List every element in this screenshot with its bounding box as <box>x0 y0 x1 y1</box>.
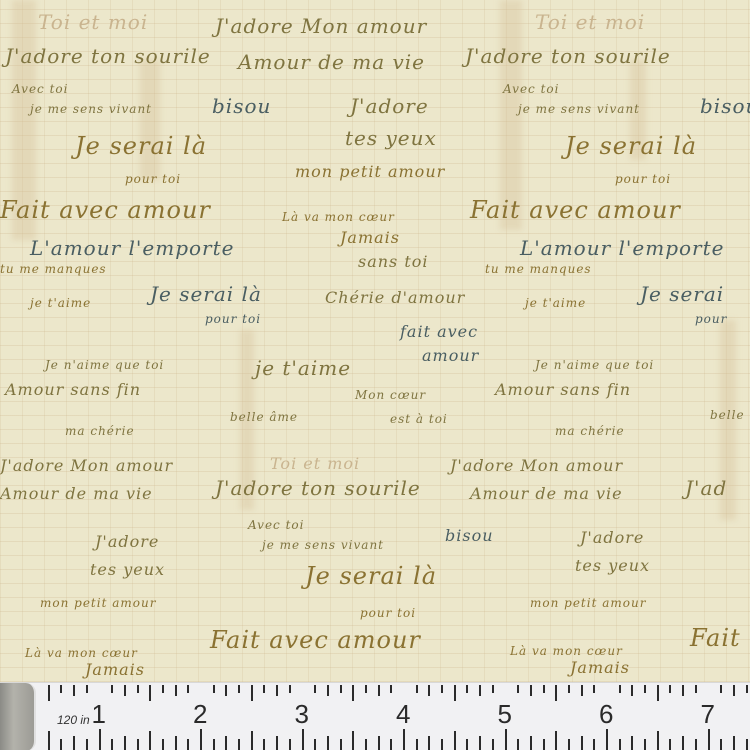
script-phrase: J'adore <box>350 94 429 118</box>
script-phrase: tu me manques <box>485 262 592 276</box>
ruler-tick <box>289 685 291 693</box>
tape-end-clip <box>0 683 36 750</box>
script-phrase: fait avec <box>400 322 478 341</box>
ruler-tick <box>479 736 481 750</box>
ruler-tick <box>175 736 177 750</box>
ruler-tick <box>238 739 240 750</box>
ruler-tick <box>492 739 494 750</box>
ruler-tick <box>631 736 633 750</box>
ruler-tick <box>263 685 265 693</box>
ruler-tick <box>644 739 646 750</box>
ruler-tick <box>492 685 494 693</box>
ruler-tick <box>60 739 62 750</box>
script-phrase: Fait avec amour <box>0 196 211 224</box>
script-phrase: amour <box>422 346 479 365</box>
ruler-tick <box>137 739 139 750</box>
ruler-tick <box>276 736 278 750</box>
ruler-tick <box>175 685 177 696</box>
script-phrase: Toi et moi <box>535 10 645 34</box>
ruler-tick <box>390 685 392 693</box>
script-phrase: mon petit amour <box>40 596 156 610</box>
ruler-tick <box>454 731 456 750</box>
ruler-tick <box>314 685 316 693</box>
script-phrase: Amour de ma vie <box>238 50 425 74</box>
ruler-tick <box>48 685 50 701</box>
ruler-tick <box>352 731 354 750</box>
ruler-tick <box>631 685 633 696</box>
ruler-tick <box>162 739 164 750</box>
ruler-tick <box>619 739 621 750</box>
script-phrase: Là va mon cœur <box>25 646 138 660</box>
ruler-inch-tick <box>708 729 710 750</box>
ruler-tick <box>416 685 418 693</box>
measuring-tape: 1234567 120 in <box>0 682 750 750</box>
script-phrase: J'ad <box>685 476 727 500</box>
ruler-tick <box>225 736 227 750</box>
print-blotch <box>140 60 160 180</box>
script-phrase: belle âme <box>230 410 298 424</box>
script-phrase: tu me manques <box>0 262 107 276</box>
fabric-swatch: Toi et moiJ'adore Mon amourJ'adore ton s… <box>0 0 750 682</box>
script-phrase: Toi et moi <box>270 454 360 473</box>
ruler-tick <box>568 739 570 750</box>
script-phrase: Avec toi <box>248 518 304 532</box>
script-phrase: mon petit amour <box>530 596 646 610</box>
ruler-tick <box>517 685 519 693</box>
script-phrase: Là va mon cœur <box>282 210 395 224</box>
script-phrase: bisou <box>700 94 750 118</box>
ruler-inch-tick <box>403 729 405 750</box>
script-phrase: J'adore Mon amour <box>0 456 173 475</box>
ruler-inch-tick <box>99 729 101 750</box>
script-phrase: pour <box>695 312 727 326</box>
script-phrase: je me sens vivant <box>262 538 384 552</box>
ruler-tick <box>86 739 88 750</box>
script-phrase: pour toi <box>205 312 261 326</box>
ruler-tick <box>555 731 557 750</box>
ruler-number: 1 <box>92 699 106 730</box>
ruler-tick <box>365 685 367 693</box>
ruler-tick <box>60 685 62 693</box>
ruler-tick <box>669 685 671 693</box>
script-phrase: je t'aime <box>255 356 351 380</box>
ruler-tick <box>720 685 722 693</box>
ruler-tick <box>149 685 151 701</box>
ruler-tick <box>213 739 215 750</box>
ruler-tick <box>466 685 468 693</box>
ruler-tick <box>225 685 227 696</box>
ruler-tick <box>213 685 215 693</box>
ruler-tick <box>263 739 265 750</box>
script-phrase: je me sens vivant <box>518 102 640 116</box>
ruler-number: 3 <box>295 699 309 730</box>
ruler-tick <box>479 685 481 696</box>
script-phrase: Fait avec amour <box>470 196 681 224</box>
script-phrase: Chérie d'amour <box>325 288 465 307</box>
ruler-tick <box>327 736 329 750</box>
script-phrase: bisou <box>445 526 494 545</box>
ruler-tick <box>111 685 113 693</box>
ruler-tick <box>466 739 468 750</box>
ruler-tick <box>340 739 342 750</box>
ruler-tick <box>720 739 722 750</box>
script-phrase: ma chérie <box>65 424 135 438</box>
ruler-tick <box>695 739 697 750</box>
script-phrase: J'adore Mon amour <box>450 456 623 475</box>
script-phrase: pour toi <box>615 172 671 186</box>
script-phrase: Mon cœur <box>355 388 426 402</box>
script-phrase: sans toi <box>358 252 429 271</box>
ruler-tick <box>416 739 418 750</box>
ruler-tick <box>746 685 748 693</box>
script-phrase: est à toi <box>390 412 448 426</box>
script-phrase: Amour sans fin <box>5 380 141 399</box>
ruler-tick <box>593 685 595 693</box>
script-phrase: je t'aime <box>30 296 91 310</box>
script-phrase: je t'aime <box>525 296 586 310</box>
ruler-inch-tick <box>606 729 608 750</box>
ruler-tick <box>48 731 50 750</box>
ruler-tick <box>187 685 189 693</box>
ruler-tick <box>581 685 583 696</box>
ruler-tick <box>543 685 545 693</box>
ruler-inch-tick <box>505 729 507 750</box>
ruler-tick <box>454 685 456 701</box>
ruler-tick <box>251 731 253 750</box>
ruler-tick <box>289 739 291 750</box>
ruler-tick <box>149 731 151 750</box>
script-phrase: pour toi <box>125 172 181 186</box>
ruler-tick <box>682 685 684 696</box>
script-phrase: Je serai là <box>75 132 207 160</box>
script-phrase: J'adore <box>95 532 159 551</box>
ruler-tick <box>657 685 659 701</box>
script-phrase: J'adore <box>580 528 644 547</box>
script-phrase: J'adore ton sourile <box>465 44 671 68</box>
ruler-tick <box>530 685 532 696</box>
ruler-tick <box>390 739 392 750</box>
script-phrase: Je serai là <box>305 562 437 590</box>
ruler-tick <box>695 685 697 693</box>
ruler-tick <box>555 685 557 701</box>
ruler-tick <box>124 685 126 696</box>
ruler-tick <box>314 739 316 750</box>
ruler-tick <box>73 685 75 696</box>
script-phrase: J'adore ton sourile <box>215 476 421 500</box>
ruler-tick <box>428 736 430 750</box>
ruler-tick <box>111 739 113 750</box>
script-phrase: Amour sans fin <box>495 380 631 399</box>
ruler-tick <box>593 739 595 750</box>
script-phrase: Je serai là <box>565 132 697 160</box>
script-phrase: Fait avec amour <box>210 626 421 654</box>
ruler-tick <box>352 685 354 701</box>
script-phrase: Là va mon cœur <box>510 644 623 658</box>
script-phrase: Je n'aime que toi <box>45 358 164 372</box>
ruler-number: 2 <box>193 699 207 730</box>
ruler-tick <box>441 685 443 693</box>
script-phrase: belle <box>710 408 745 422</box>
script-phrase: J'adore ton sourile <box>5 44 211 68</box>
script-phrase: pour toi <box>360 606 416 620</box>
ruler-tick <box>340 685 342 693</box>
ruler-tick <box>441 739 443 750</box>
ruler-tick <box>568 685 570 693</box>
ruler-tick <box>124 736 126 750</box>
ruler-tick <box>276 685 278 696</box>
script-phrase: L'amour l'emporte <box>30 236 234 260</box>
ruler-tick <box>644 685 646 693</box>
script-phrase: Avec toi <box>12 82 68 96</box>
script-phrase: Je n'aime que toi <box>535 358 654 372</box>
ruler-tick <box>733 736 735 750</box>
ruler-number: 5 <box>498 699 512 730</box>
ruler-tick <box>187 739 189 750</box>
script-phrase: Jamais <box>570 658 630 677</box>
script-phrase: je me sens vivant <box>30 102 152 116</box>
ruler-tick <box>238 685 240 693</box>
script-phrase: Amour de ma vie <box>470 484 623 503</box>
ruler-tick <box>428 685 430 696</box>
script-phrase: mon petit amour <box>295 162 445 181</box>
ruler-tick <box>73 736 75 750</box>
ruler-number: 6 <box>599 699 613 730</box>
ruler-tick <box>669 739 671 750</box>
script-phrase: J'adore Mon amour <box>215 14 427 38</box>
script-phrase: Toi et moi <box>38 10 148 34</box>
ruler-tick <box>365 739 367 750</box>
script-phrase: Jamais <box>85 660 145 679</box>
script-phrase: tes yeux <box>90 560 165 579</box>
ruler-tick <box>86 685 88 693</box>
ruler-tick <box>378 685 380 696</box>
script-phrase: Je serai là <box>150 282 262 306</box>
script-phrase: tes yeux <box>575 556 650 575</box>
script-phrase: Je serai <box>640 282 724 306</box>
script-phrase: Amour de ma vie <box>0 484 153 503</box>
script-phrase: Jamais <box>340 228 400 247</box>
script-phrase: Avec toi <box>503 82 559 96</box>
ruler-tick <box>581 736 583 750</box>
script-phrase: tes yeux <box>345 126 437 150</box>
ruler-tick <box>746 739 748 750</box>
ruler-tick <box>682 736 684 750</box>
ruler-tick <box>378 736 380 750</box>
script-phrase: ma chérie <box>555 424 625 438</box>
ruler-tick <box>657 731 659 750</box>
ruler-unit-label: 120 in <box>57 713 90 727</box>
ruler-tick <box>137 685 139 693</box>
script-phrase: bisou <box>212 94 271 118</box>
ruler-tick <box>327 685 329 696</box>
script-phrase: Fait <box>690 624 741 652</box>
script-phrase: L'amour l'emporte <box>520 236 724 260</box>
ruler-tick <box>619 685 621 693</box>
ruler-tick <box>733 685 735 696</box>
ruler-tick <box>251 685 253 701</box>
ruler-inch-tick <box>302 729 304 750</box>
ruler-number: 4 <box>396 699 410 730</box>
ruler-tick <box>543 739 545 750</box>
ruler-number: 7 <box>701 699 715 730</box>
ruler-tick <box>530 736 532 750</box>
ruler-tick <box>517 739 519 750</box>
ruler-tick <box>162 685 164 693</box>
ruler-inch-tick <box>200 729 202 750</box>
